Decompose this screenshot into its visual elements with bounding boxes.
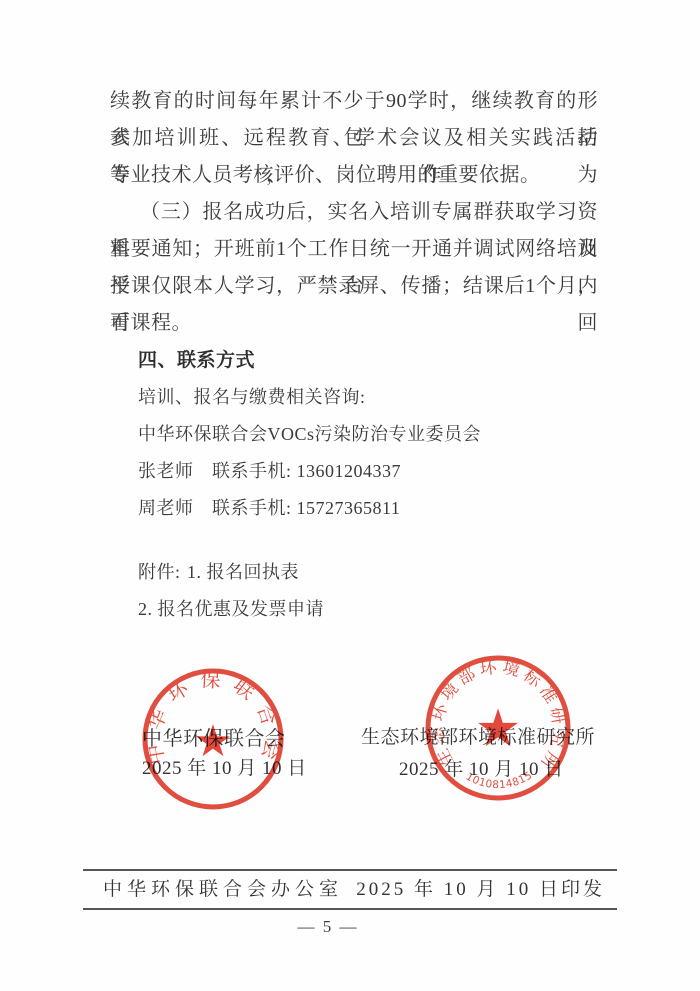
attachment-item: 1. 报名回执表 (187, 562, 299, 582)
text-line: 授课仅限本人学习，严禁录屏、传播；结课后1个月内可回 (110, 268, 598, 305)
footer-office: 中华环保联合会办公室 (103, 877, 343, 903)
document-page: 续教育的时间每年累计不少于90学时，继续教育的形式包括 参加培训班、远程教育、学… (0, 0, 700, 991)
contact-line-phone: 周老师 联系手机: 15727365811 (110, 490, 598, 527)
footer-rule-top (83, 869, 617, 871)
attachment-label: 附件: (138, 554, 187, 591)
attachments-block: 附件:1. 报名回执表 2. 报名优惠及发票申请 (110, 554, 598, 628)
text-line: （三）报名成功后，实名入培训专属群获取学习资料及 (110, 194, 598, 231)
text-line: 专业技术人员考核评价、岗位聘用的重要依据。 (110, 157, 598, 194)
attachment-item: 2. 报名优惠及发票申请 (110, 591, 598, 628)
page-number: — 5 — (83, 917, 573, 937)
attachment-row: 附件:1. 报名回执表 (110, 554, 598, 591)
signature-org-left: 中华环保联合会 (142, 722, 286, 751)
footer-row: 中华环保联合会办公室 2025 年 10 月 10 日印发 (83, 877, 617, 903)
footer-rule-bottom (83, 908, 617, 910)
text-line: 重要通知；开班前1个工作日统一开通并调试网络培训平台， (110, 231, 598, 268)
contact-line: 培训、报名与缴费相关咨询: (110, 379, 598, 416)
text-line: 续教育的时间每年累计不少于90学时，继续教育的形式包括 (110, 83, 598, 120)
body-text: 续教育的时间每年累计不少于90学时，继续教育的形式包括 参加培训班、远程教育、学… (110, 83, 598, 628)
contact-line: 中华环保联合会VOCs污染防治专业委员会 (110, 416, 598, 453)
text-line: 参加培训班、远程教育、学术会议及相关实践活动等，作为 (110, 120, 598, 157)
section-heading-contact: 四、联系方式 (110, 342, 598, 379)
footer-print-date: 2025 年 10 月 10 日印发 (356, 877, 605, 903)
signature-org-right: 生态环境部环境标准研究所 (361, 722, 595, 749)
contact-line-phone: 张老师 联系手机: 13601204337 (110, 453, 598, 490)
signature-date-left: 2025 年 10 月 10 日 (142, 753, 307, 780)
signature-date-right: 2025 年 10 月 10 日 (399, 754, 564, 781)
